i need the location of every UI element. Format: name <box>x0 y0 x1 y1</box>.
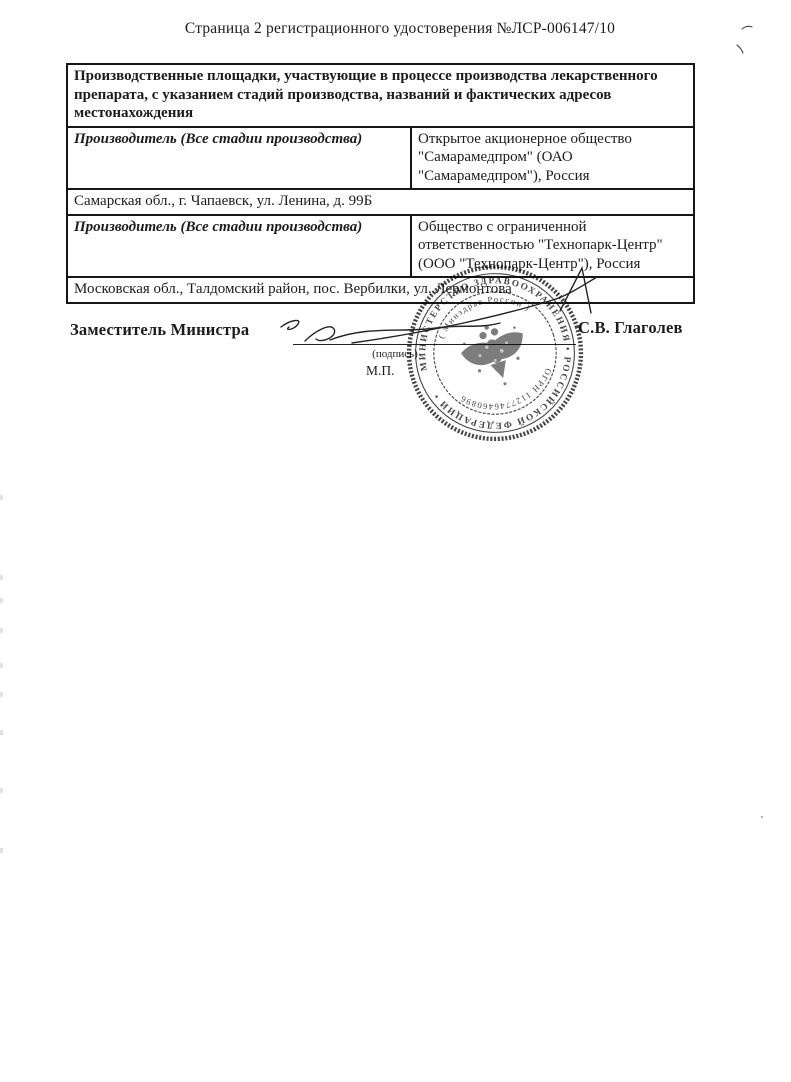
scan-artifact <box>0 598 3 603</box>
manufacturer-name-1: Открытое акционерное общество "Самарамед… <box>411 127 694 190</box>
scan-artifact <box>0 692 3 697</box>
scan-artifact <box>0 575 3 580</box>
stamp-svg: МИНИСТЕРСТВО ЗДРАВООХРАНЕНИЯ • РОССИЙСКО… <box>404 262 586 444</box>
manufacturer-role-2: Производитель (Все стадии производства) <box>67 215 411 278</box>
stamp-ogrn-text: ОГРН 1127746460896 <box>456 365 561 425</box>
signature-stroke <box>281 320 299 329</box>
manufacturing-sites-table: Производственные площадки, участвующие в… <box>66 63 695 304</box>
table-row: Производственные площадки, участвующие в… <box>67 64 694 127</box>
pen-mark <box>742 26 752 29</box>
scan-artifact <box>0 495 3 500</box>
seal-place-label: М.П. <box>366 363 395 379</box>
table-row: Производитель (Все стадии производства) … <box>67 127 694 190</box>
scan-artifact <box>0 663 3 668</box>
table-title: Производственные площадки, участвующие в… <box>67 64 694 127</box>
scan-artifact <box>0 788 3 793</box>
ministry-round-stamp: МИНИСТЕРСТВО ЗДРАВООХРАНЕНИЯ • РОССИЙСКО… <box>404 262 586 444</box>
scan-artifact <box>0 848 3 853</box>
pen-mark <box>737 45 743 53</box>
signature-stroke <box>305 327 335 341</box>
manufacturer-address-1: Самарская обл., г. Чапаевск, ул. Ленина,… <box>67 189 694 215</box>
eagle-emblem <box>455 315 536 395</box>
scan-artifact <box>761 816 763 818</box>
manufacturer-role-1: Производитель (Все стадии производства) <box>67 127 411 190</box>
scan-artifact <box>0 730 3 735</box>
page-header: Страница 2 регистрационного удостоверени… <box>100 20 700 38</box>
scan-artifact <box>0 628 3 633</box>
signer-position-title: Заместитель Министра <box>70 320 249 340</box>
signer-name: С.В. Глаголев <box>578 318 683 338</box>
table-row: Самарская обл., г. Чапаевск, ул. Ленина,… <box>67 189 694 215</box>
manufacturer-address-2: Московская обл., Талдомский район, пос. … <box>67 277 694 303</box>
document-page: Страница 2 регистрационного удостоверени… <box>0 0 791 1082</box>
table-row: Московская обл., Талдомский район, пос. … <box>67 277 694 303</box>
table-row: Производитель (Все стадии производства) … <box>67 215 694 278</box>
